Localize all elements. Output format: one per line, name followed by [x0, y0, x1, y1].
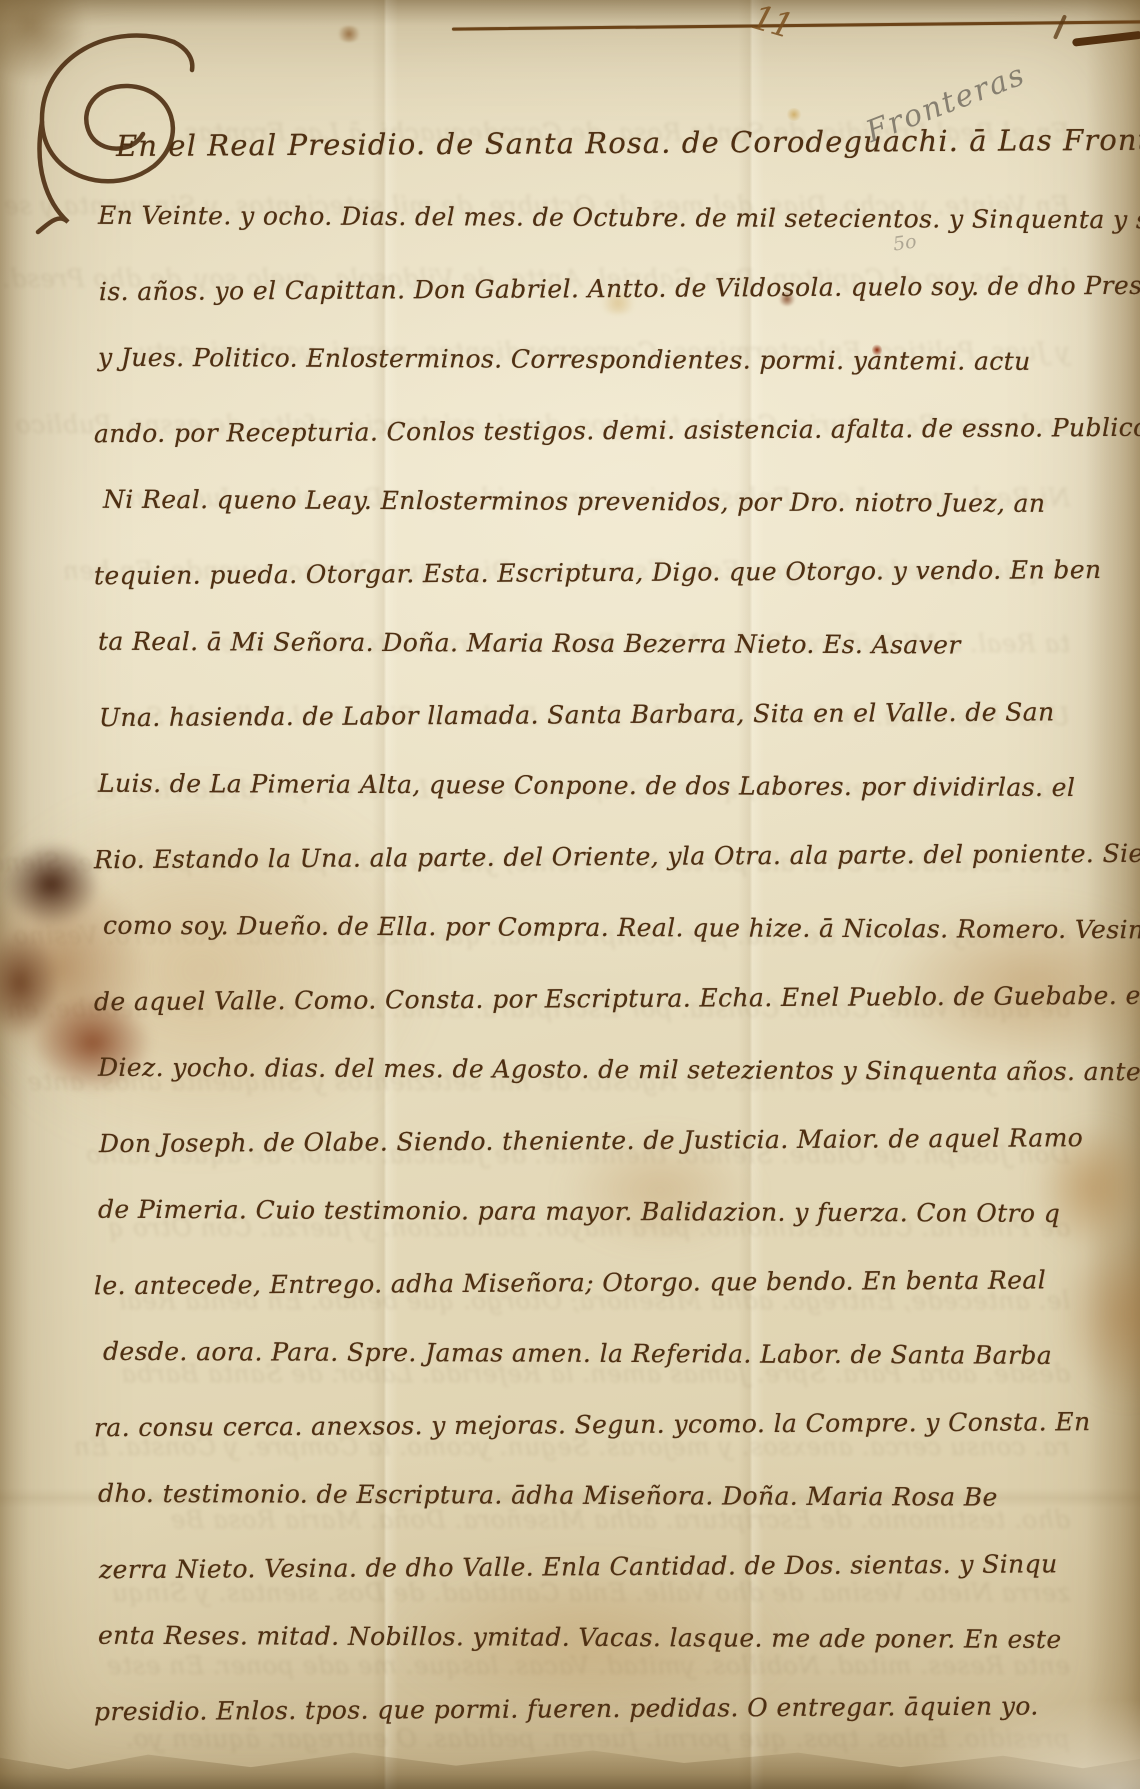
text-line: is. años. yo el Capittan. Don Gabriel. A… [99, 250, 1140, 327]
text-line: Don Joseph. de Olabe. Siendo. theniente.… [99, 1102, 1140, 1179]
text-line: y Jues. Politico. Enlosterminos. Corresp… [98, 322, 1140, 398]
text-line: de aquel Valle. Como. Consta. por Escrip… [94, 960, 1140, 1037]
brown-spot [336, 26, 362, 42]
manuscript-page: En el Real Presidio. de Santa Rosa. de C… [0, 0, 1140, 1789]
text-line: Diez. yocho. dias. del mes. de Agosto. d… [98, 1032, 1140, 1108]
text-line: enta Reses. mitad. Nobillos. ymitad. Vac… [98, 1600, 1140, 1676]
text-line: En Veinte. y ocho. Dias. del mes. de Oct… [98, 180, 1140, 256]
text-line: tequien. pueda. Otorgar. Esta. Escriptur… [94, 534, 1140, 611]
text-line: zerra Nieto. Vesina. de dho Valle. Enla … [99, 1528, 1140, 1605]
text-line: ta Real. ā Mi Señora. Doña. Maria Rosa B… [98, 606, 1140, 682]
text-line: En el Real Presidio. de Santa Rosa. de C… [94, 101, 1140, 185]
text-line: ra. consu cerca. anexsos. y mejoras. Seg… [94, 1386, 1140, 1463]
text-line: dho. testimonio. de Escriptura. ādha Mis… [98, 1458, 1140, 1534]
text-line: Una. hasienda. de Labor llamada. Santa B… [99, 676, 1140, 753]
manuscript-body-text: En el Real Presidio. de Santa Rosa. de C… [0, 104, 1140, 1744]
text-line: Rio. Estando la Una. ala parte. del Orie… [94, 818, 1140, 895]
text-line: le. antecede, Entrego. adha Miseñora; Ot… [94, 1244, 1140, 1321]
text-line: desde. aora. Para. Spre. Jamas amen. la … [103, 1316, 1140, 1392]
text-line: como soy. Dueño. de Ella. por Compra. Re… [103, 890, 1140, 966]
text-line: ando. por Recepturia. Conlos testigos. d… [94, 392, 1140, 469]
text-line: presidio. Enlos. tpos. que pormi. fueren… [94, 1670, 1140, 1747]
text-line: de Pimeria. Cuio testimonio. para mayor.… [98, 1174, 1140, 1250]
text-line: Luis. de La Pimeria Alta, quese Conpone.… [98, 748, 1140, 824]
text-line: Ni Real. queno Leay. Enlosterminos preve… [103, 464, 1140, 540]
